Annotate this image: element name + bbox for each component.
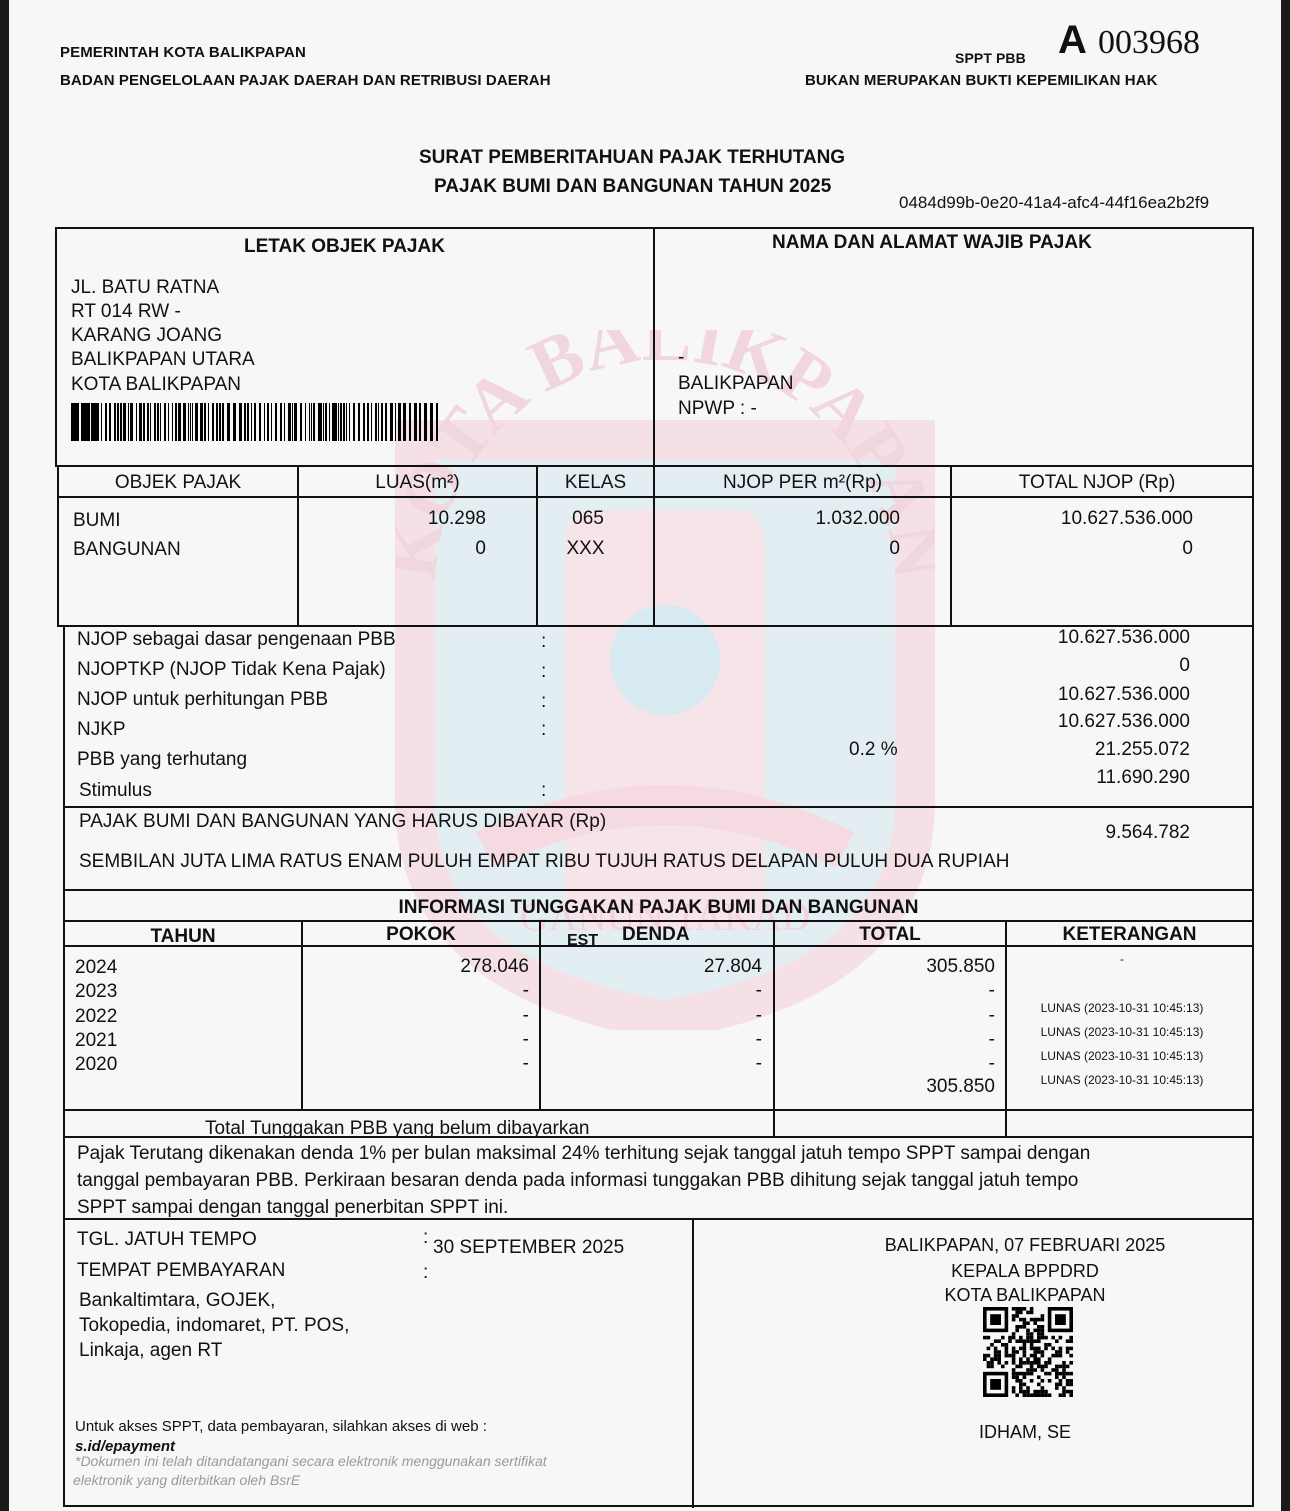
- colon: :: [541, 780, 546, 802]
- taxpayer-heading: NAMA DAN ALAMAT WAJIB PAJAK: [772, 232, 1092, 254]
- arrears-note: LUNAS (2023-10-31 10:45:13): [1007, 1073, 1237, 1087]
- arrears-total: 305.850: [775, 956, 995, 978]
- col-header-njop-per-m2: NJOP PER m²(Rp): [655, 472, 950, 494]
- object-building-total-njop: 0: [952, 538, 1193, 560]
- arrears-total: -: [775, 980, 995, 1002]
- serial-number: 003968: [1098, 24, 1200, 62]
- colon: :: [423, 1227, 428, 1249]
- calc-njkp-label: NJKP: [77, 719, 126, 741]
- arrears-col-penalty-est: EST: [567, 932, 598, 950]
- due-date-label: TGL. JATUH TEMPO: [77, 1229, 257, 1251]
- arrears-penalty: -: [541, 980, 762, 1002]
- calc-pbb-due-label: PBB yang terhutang: [77, 749, 247, 771]
- signer-name: IDHAM, SE: [694, 1422, 1290, 1443]
- agency-name: BADAN PENGELOLAAN PAJAK DAERAH DAN RETRI…: [60, 72, 551, 89]
- penalty-note-line-3: SPPT sampai dengan tanggal penerbitan SP…: [77, 1197, 508, 1219]
- arrears-principal: 278.046: [303, 956, 529, 978]
- arrears-col-penalty: DENDA: [622, 924, 690, 946]
- arrears-year: 2023: [75, 981, 117, 1003]
- calc-njoptkp-value: 0: [950, 655, 1190, 677]
- payment-place-line-2: Tokopedia, indomaret, PT. POS,: [79, 1315, 349, 1337]
- arrears-penalty: 27.804: [541, 956, 762, 978]
- object-building-class: XXX: [538, 538, 633, 560]
- location-rt-rw: RT 014 RW -: [71, 301, 181, 323]
- object-bumi-total-njop: 10.627.536.000: [952, 508, 1193, 530]
- qr-code: [983, 1306, 1073, 1398]
- calc-njop-calc-value: 10.627.536.000: [950, 684, 1190, 706]
- arrears-heading: INFORMASI TUNGGAKAN PAJAK BUMI DAN BANGU…: [65, 897, 1252, 919]
- government-name: PEMERINTAH KOTA BALIKPAPAN: [60, 44, 306, 61]
- payment-place-label: TEMPAT PEMBAYARAN: [77, 1260, 285, 1282]
- object-bumi-njop-per-m2: 1.032.000: [655, 508, 900, 530]
- payable-in-words: SEMBILAN JUTA LIMA RATUS ENAM PULUH EMPA…: [79, 851, 1009, 873]
- calc-njop-base-label: NJOP sebagai dasar pengenaan PBB: [77, 629, 396, 651]
- document-subtitle: PAJAK BUMI DAN BANGUNAN TAHUN 2025: [434, 176, 831, 198]
- penalty-note-line-2: tanggal pembayaran PBB. Perkiraan besara…: [77, 1170, 1078, 1192]
- payable-label: PAJAK BUMI DAN BANGUNAN YANG HARUS DIBAY…: [79, 811, 606, 833]
- calc-stimulus-label: Stimulus: [79, 780, 152, 802]
- arrears-col-principal: POKOK: [303, 924, 539, 946]
- location-village: KARANG JOANG: [71, 325, 222, 347]
- arrears-note: LUNAS (2023-10-31 10:45:13): [1007, 1049, 1237, 1063]
- calc-njop-base-value: 10.627.536.000: [950, 627, 1190, 649]
- arrears-penalty: -: [541, 1005, 762, 1027]
- arrears-col-total: TOTAL: [775, 924, 1005, 946]
- arrears-subtotal: 305.850: [775, 1076, 995, 1098]
- taxpayer-address-line: -: [678, 347, 684, 369]
- arrears-penalty: -: [541, 1029, 762, 1051]
- arrears-total: -: [775, 1005, 995, 1027]
- colon: :: [423, 1262, 428, 1284]
- esign-note-line-2: elektronik yang diterbitkan oleh BsrE: [73, 1472, 300, 1488]
- object-building-njop-per-m2: 0: [655, 538, 900, 560]
- sign-title-2: KOTA BALIKPAPAN: [694, 1285, 1290, 1306]
- colon: :: [541, 691, 546, 713]
- arrears-principal: -: [303, 1005, 529, 1027]
- colon: :: [541, 631, 546, 653]
- web-access-note: Untuk akses SPPT, data pembayaran, silah…: [75, 1418, 487, 1435]
- arrears-total: -: [775, 1053, 995, 1075]
- arrears-total-label: Total Tunggakan PBB yang belum dibayarka…: [205, 1118, 589, 1140]
- location-street: JL. BATU RATNA: [71, 277, 219, 299]
- location-city: KOTA BALIKPAPAN: [71, 374, 241, 396]
- calc-stimulus-value: 11.690.290: [950, 767, 1190, 789]
- sign-place-date: BALIKPAPAN, 07 FEBRUARI 2025: [694, 1235, 1290, 1256]
- calc-pbb-due-value: 21.255.072: [950, 739, 1190, 761]
- object-building-area: 0: [299, 538, 486, 560]
- object-bumi-class: 065: [538, 508, 638, 530]
- arrears-year: 2022: [75, 1006, 117, 1028]
- sign-title-1: KEPALA BPPDRD: [694, 1261, 1290, 1282]
- arrears-note: -: [1007, 952, 1237, 966]
- object-building-label: BANGUNAN: [73, 539, 181, 561]
- barcode: [71, 403, 441, 441]
- calc-njop-calc-label: NJOP untuk perhitungan PBB: [77, 689, 328, 711]
- tax-rate: 0.2 %: [849, 739, 898, 761]
- taxpayer-city: BALIKPAPAN: [678, 373, 793, 395]
- arrears-note: LUNAS (2023-10-31 10:45:13): [1007, 1025, 1237, 1039]
- arrears-principal: -: [303, 1029, 529, 1051]
- arrears-total: -: [775, 1029, 995, 1051]
- calc-njkp-value: 10.627.536.000: [950, 711, 1190, 733]
- arrears-note: LUNAS (2023-10-31 10:45:13): [1007, 1001, 1237, 1015]
- col-header-total-njop: TOTAL NJOP (Rp): [952, 472, 1242, 494]
- arrears-year: 2024: [75, 957, 117, 979]
- arrears-penalty: -: [541, 1053, 762, 1075]
- serial-series: A: [1058, 18, 1087, 63]
- document-title: SURAT PEMBERITAHUAN PAJAK TERHUTANG: [419, 147, 845, 169]
- object-bumi-area: 10.298: [299, 508, 486, 530]
- arrears-col-note: KETERANGAN: [1007, 924, 1252, 946]
- col-header-area: LUAS(m²): [299, 472, 536, 494]
- arrears-year: 2021: [75, 1030, 117, 1052]
- arrears-principal: -: [303, 980, 529, 1002]
- arrears-principal: -: [303, 1053, 529, 1075]
- col-header-class: KELAS: [538, 472, 653, 494]
- col-header-object: OBJEK PAJAK: [59, 472, 297, 494]
- ownership-disclaimer: BUKAN MERUPAKAN BUKTI KEPEMILIKAN HAK: [805, 72, 1158, 89]
- arrears-year: 2020: [75, 1054, 117, 1076]
- colon: :: [541, 661, 546, 683]
- object-bumi-label: BUMI: [73, 510, 121, 532]
- due-date-value: 30 SEPTEMBER 2025: [433, 1237, 624, 1259]
- location-heading: LETAK OBJEK PAJAK: [244, 236, 445, 258]
- payable-amount: 9.564.782: [950, 822, 1190, 844]
- colon: :: [541, 719, 546, 741]
- location-district: BALIKPAPAN UTARA: [71, 349, 255, 371]
- doc-type-label: SPPT PBB: [955, 50, 1026, 66]
- payment-place-line-3: Linkaja, agen RT: [79, 1340, 222, 1362]
- calc-njoptkp-label: NJOPTKP (NJOP Tidak Kena Pajak): [77, 659, 386, 681]
- document-uuid: 0484d99b-0e20-41a4-afc4-44f16ea2b2f9: [899, 193, 1209, 213]
- payment-place-line-1: Bankaltimtara, GOJEK,: [79, 1290, 275, 1312]
- esign-note-line-1: *Dokumen ini telah ditandatangani secara…: [75, 1453, 547, 1469]
- arrears-col-year: TAHUN: [65, 926, 301, 948]
- taxpayer-npwp: NPWP : -: [678, 398, 757, 420]
- penalty-note-line-1: Pajak Terutang dikenakan denda 1% per bu…: [77, 1143, 1090, 1165]
